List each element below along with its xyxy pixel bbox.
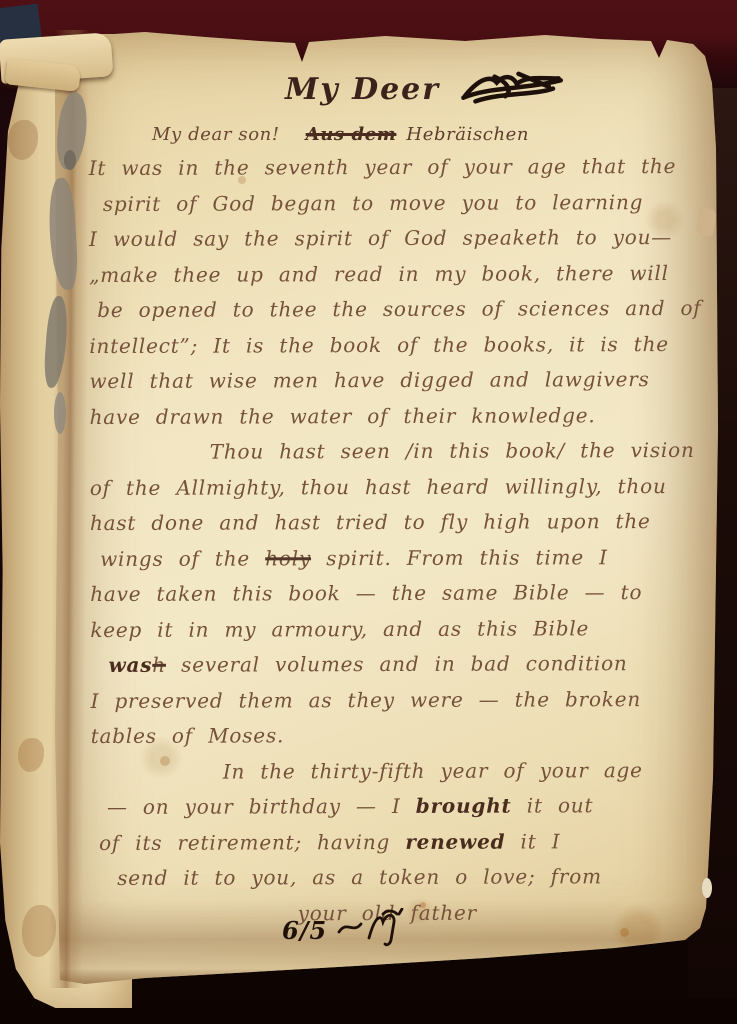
letter-line-segment: was [108,653,152,677]
letter-line: „make thee up and read in my book, there… [89,255,681,293]
letter-line: well that wise men have digged and lawgi… [89,362,681,400]
letter-line: of its retirement; having renewed it I [91,823,683,861]
letter-line-segment: In the thirty-fifth year of your age [223,758,643,783]
letter-line-segment: h [152,653,166,677]
letter-body: It was in the seventh year of your age t… [89,149,684,932]
letter-line-segment: it out [512,793,594,817]
ink-scribble-crossed-out-word [461,68,566,110]
letter-line: — on your birthday — I brought it out [91,788,683,826]
letter-content: My Deer My dear son!Aus demHebräischen I… [0,0,737,1024]
letter-line-segment: of its retirement; having [99,829,405,854]
letter-line-segment: it I [505,829,560,853]
letter-title-row: My Deer [285,72,565,114]
letter-title: My Deer [285,72,440,107]
letter-line: It was in the seventh year of your age t… [89,149,681,187]
letter-line: send it to you, as a token o love; from [91,859,683,897]
letter-line-segment: keep it in my armoury, and as this Bible [90,616,589,642]
letter-line-segment: send it to you, as a token o love; from [117,864,602,890]
letter-line-segment: spirit. From this time I [311,545,608,570]
letter-line: have taken this book — the same Bible — … [90,575,682,613]
letter-line-segment: of the Allmighty, thou hast heard willin… [90,474,667,500]
letter-line: Thou hast seen /in this book/ the vision [90,433,682,471]
letter-line-segment: Thou hast seen /in this book/ the vision [210,438,695,464]
letter-line-segment: intellect”; It is the book of the books,… [89,332,669,358]
letter-line-segment: spirit of God began to move you to learn… [103,190,644,216]
letter-line: tables of Moses. [91,717,683,755]
note-text: Hebräischen [406,124,529,145]
letter-line-segment: I would say the spirit of God speaketh t… [89,225,672,251]
photographed-manuscript-scene: My Deer My dear son!Aus demHebräischen I… [0,0,737,1024]
letter-line-segment: I preserved them as they were — the brok… [91,687,642,713]
letter-line: hast done and hast tried to fly high upo… [90,504,682,542]
letter-line: wings of the holy spirit. From this time… [90,539,682,577]
signature-flourish [337,908,415,952]
letter-line-segment: It was in the seventh year of your age t… [89,154,677,180]
salutation-text: My dear son! [152,124,280,145]
letter-line-segment: tables of Moses. [91,723,285,748]
struck-note-text: Aus dem [306,124,397,145]
letter-line-segment: brought [416,794,512,818]
letter-line-segment: renewed [405,829,505,853]
letter-line-segment: — on your birthday — I [107,794,416,819]
letter-line: be opened to thee the sources of science… [89,291,681,329]
letter-line: spirit of God began to move you to learn… [89,184,681,222]
letter-line-segment: wings of the [100,546,265,571]
letter-line-segment: have taken this book — the same Bible — … [90,580,642,606]
letter-line-segment: „make thee up and read in my book, there… [89,261,669,287]
letter-line-segment: holy [265,546,311,570]
letter-line-segment: have drawn the water of their knowledge. [90,403,596,429]
letter-line: intellect”; It is the book of the books,… [89,326,681,364]
letter-line: of the Allmighty, thou hast heard willin… [90,468,682,506]
letter-line: In the thirty-fifth year of your age [91,752,683,790]
letter-salutation-row: My dear son!Aus demHebräischen [152,124,529,145]
letter-line: keep it in my armoury, and as this Bible [90,610,682,648]
letter-line: have drawn the water of their knowledge. [90,397,682,435]
letter-line-segment: well that wise men have digged and lawgi… [89,367,649,393]
letter-line: I preserved them as they were — the brok… [90,681,682,719]
letter-line: wash several volumes and in bad conditio… [90,646,682,684]
letter-line: I would say the spirit of God speaketh t… [89,220,681,258]
signature-row: 6/5 [282,908,415,952]
letter-line-segment: be opened to thee the sources of science… [97,296,701,322]
letter-line-segment: several volumes and in bad condition [166,651,628,677]
signature-date: 6/5 [282,916,327,945]
letter-line-segment: hast done and hast tried to fly high upo… [90,509,651,535]
